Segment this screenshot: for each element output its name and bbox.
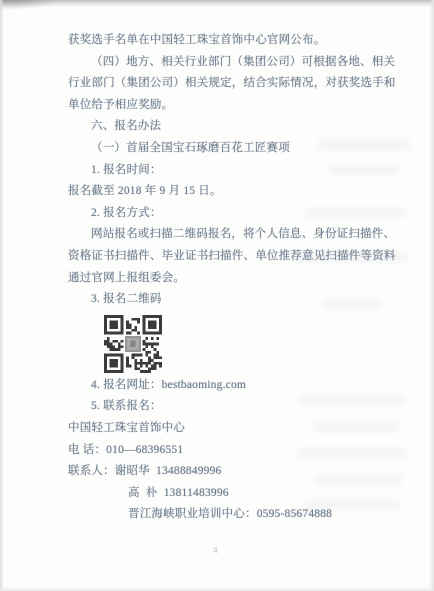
- organizer-name: 中国轻工珠宝首饰中心: [68, 418, 388, 440]
- contact-person-line: 高 朴 13811483996: [128, 483, 388, 505]
- contact-person-line: 联系人：谢昭华 13488849996: [68, 461, 388, 483]
- phone-line: 电 话：010—68396551: [68, 440, 388, 462]
- scanned-document-page: 获奖选手名单在中国轻工珠宝首饰中心官网公布。 （四）地方、相关行业部门（集团公司…: [0, 0, 434, 591]
- section-heading: 六、报名办法: [91, 116, 388, 138]
- scan-corner-shadow: [0, 0, 60, 10]
- paragraph-line: 报名截至 2018 年 9 月 15 日。: [68, 181, 388, 203]
- registration-qr-code: [104, 315, 162, 373]
- scan-edge-bottom: [0, 587, 434, 591]
- qr-code-image: [104, 315, 162, 373]
- paragraph-line: 单位给予相应奖励。: [68, 95, 388, 117]
- scan-edge-right: [429, 0, 434, 591]
- list-item-registration-time: 1. 报名时间：: [91, 160, 388, 182]
- scan-edge-top: [0, 0, 434, 7]
- scan-edge-left: [0, 0, 4, 591]
- contact-center-line: 晋江海峡职业培训中心：0595-85674888: [128, 504, 388, 526]
- list-item-registration-url: 4. 报名网址：bestbaoming.com: [91, 375, 388, 397]
- document-body: 获奖选手名单在中国轻工珠宝首饰中心官网公布。 （四）地方、相关行业部门（集团公司…: [68, 30, 388, 526]
- list-item-registration-method: 2. 报名方式：: [91, 203, 388, 225]
- paragraph-line: 网站报名或扫描二维码报名，将个人信息、身份证扫描件、: [91, 224, 388, 246]
- list-item-contact: 5. 联系报名：: [91, 396, 388, 418]
- paragraph-line: （四）地方、相关行业部门（集团公司）可根据各地、相关: [91, 52, 388, 74]
- paragraph-line: 行业部门（集团公司）相关规定，结合实际情况，对获奖选手和: [68, 73, 388, 95]
- subsection-heading: （一）首届全国宝石琢磨百花工匠赛项: [91, 138, 388, 160]
- list-item-qr-code: 3. 报名二维码: [91, 289, 388, 311]
- page-number: 4: [213, 545, 218, 555]
- paragraph-line: 获奖选手名单在中国轻工珠宝首饰中心官网公布。: [68, 30, 388, 52]
- paragraph-line: 通过官网上报组委会。: [68, 268, 388, 290]
- paragraph-line: 资格证书扫描件、毕业证书扫描件、单位推荐意见扫描件等资料: [68, 246, 388, 268]
